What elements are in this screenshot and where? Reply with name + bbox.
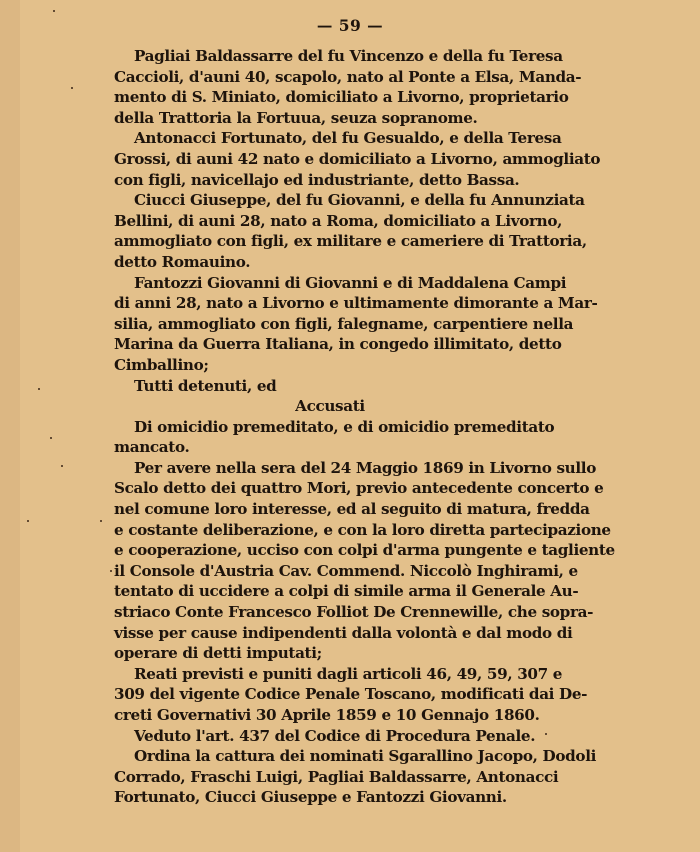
page-number: — 59 — — [0, 16, 700, 35]
text-line: 309 del vigente Codice Penale Toscano, m… — [114, 684, 546, 705]
text-line: il Console d'Austria Cav. Commend. Nicco… — [114, 561, 546, 582]
page-edge-shadow — [0, 0, 20, 852]
text-line: Grossi, di auni 42 nato e domiciliato a … — [114, 149, 546, 170]
paragraph-pagliai: Pagliai Baldassarre del fu Vincenzo e de… — [114, 46, 546, 128]
text-line: striaco Conte Francesco Folliot De Crenn… — [114, 602, 546, 623]
text-line: silia, ammogliato con figli, falegname, … — [114, 314, 546, 335]
text-line: Caccioli, d'auni 40, scapolo, nato al Po… — [114, 67, 546, 88]
text-line: Ciucci Giuseppe, del fu Giovanni, e dell… — [114, 190, 546, 211]
text-line: con figli, navicellajo ed industriante, … — [114, 170, 546, 191]
paragraph-ordina: Ordina la cattura dei nominati Sgarallin… — [114, 746, 546, 808]
text-line: Reati previsti e puniti dagli articoli 4… — [114, 664, 546, 685]
text-line: Di omicidio premeditato, e di omicidio p… — [114, 417, 546, 438]
text-line: mento di S. Miniato, domiciliato a Livor… — [114, 87, 546, 108]
text-line: Bellini, di auni 28, nato a Roma, domici… — [114, 211, 546, 232]
section-heading-accusati: Accusati — [114, 396, 546, 417]
text-line: Pagliai Baldassarre del fu Vincenzo e de… — [114, 46, 546, 67]
scan-speck — [27, 520, 29, 522]
paragraph-veduto: Veduto l'art. 437 del Codice di Procedur… — [114, 726, 546, 747]
text-line: Per avere nella sera del 24 Maggio 1869 … — [114, 458, 546, 479]
scan-speck — [53, 10, 55, 12]
text-line: Veduto l'art. 437 del Codice di Procedur… — [114, 726, 546, 747]
scan-speck — [38, 388, 40, 390]
text-line: e costante deliberazione, e con la loro … — [114, 520, 546, 541]
heading-text: Accusati — [114, 396, 546, 417]
text-line: Tutti detenuti, ed — [114, 376, 546, 397]
text-line: nel comune loro interesse, ed al seguito… — [114, 499, 546, 520]
scan-speck — [71, 87, 73, 89]
text-line: mancato. — [114, 437, 546, 458]
text-line: creti Governativi 30 Aprile 1859 e 10 Ge… — [114, 705, 546, 726]
text-line: ammogliato con figli, ex militare e came… — [114, 231, 546, 252]
text-line: operare di detti imputati; — [114, 643, 546, 664]
scan-speck — [61, 465, 63, 467]
paragraph-fantozzi: Fantozzi Giovanni di Giovanni e di Madda… — [114, 273, 546, 376]
text-line: e cooperazione, ucciso con colpi d'arma … — [114, 540, 546, 561]
paragraph-omicidio: Di omicidio premeditato, e di omicidio p… — [114, 417, 546, 458]
document-body: Pagliai Baldassarre del fu Vincenzo e de… — [114, 46, 546, 808]
text-line: detto Romauino. — [114, 252, 546, 273]
text-line: Cimballino; — [114, 355, 546, 376]
paragraph-antonacci: Antonacci Fortunato, del fu Gesualdo, e … — [114, 128, 546, 190]
text-line: Fantozzi Giovanni di Giovanni e di Madda… — [114, 273, 546, 294]
scan-speck — [110, 570, 112, 572]
text-line: Fortunato, Ciucci Giuseppe e Fantozzi Gi… — [114, 787, 546, 808]
text-line: di anni 28, nato a Livorno e ultimamente… — [114, 293, 546, 314]
text-line: della Trattoria la Fortuua, seuza sopran… — [114, 108, 546, 129]
text-line: Antonacci Fortunato, del fu Gesualdo, e … — [114, 128, 546, 149]
text-line: Marina da Guerra Italiana, in congedo il… — [114, 334, 546, 355]
paragraph-ciucci: Ciucci Giuseppe, del fu Giovanni, e dell… — [114, 190, 546, 272]
scan-speck — [545, 733, 547, 735]
text-line: tentato di uccidere a colpi di simile ar… — [114, 581, 546, 602]
text-line: Scalo detto dei quattro Mori, previo ant… — [114, 478, 546, 499]
paragraph-reati: Reati previsti e puniti dagli articoli 4… — [114, 664, 546, 726]
text-line: Ordina la cattura dei nominati Sgarallin… — [114, 746, 546, 767]
scan-speck — [50, 437, 52, 439]
paragraph-detenuti: Tutti detenuti, ed — [114, 376, 546, 397]
text-line: visse per cause indipendenti dalla volon… — [114, 623, 546, 644]
text-line: Corrado, Fraschi Luigi, Pagliai Baldassa… — [114, 767, 546, 788]
scan-speck — [100, 520, 102, 522]
paragraph-per-avere: Per avere nella sera del 24 Maggio 1869 … — [114, 458, 546, 664]
